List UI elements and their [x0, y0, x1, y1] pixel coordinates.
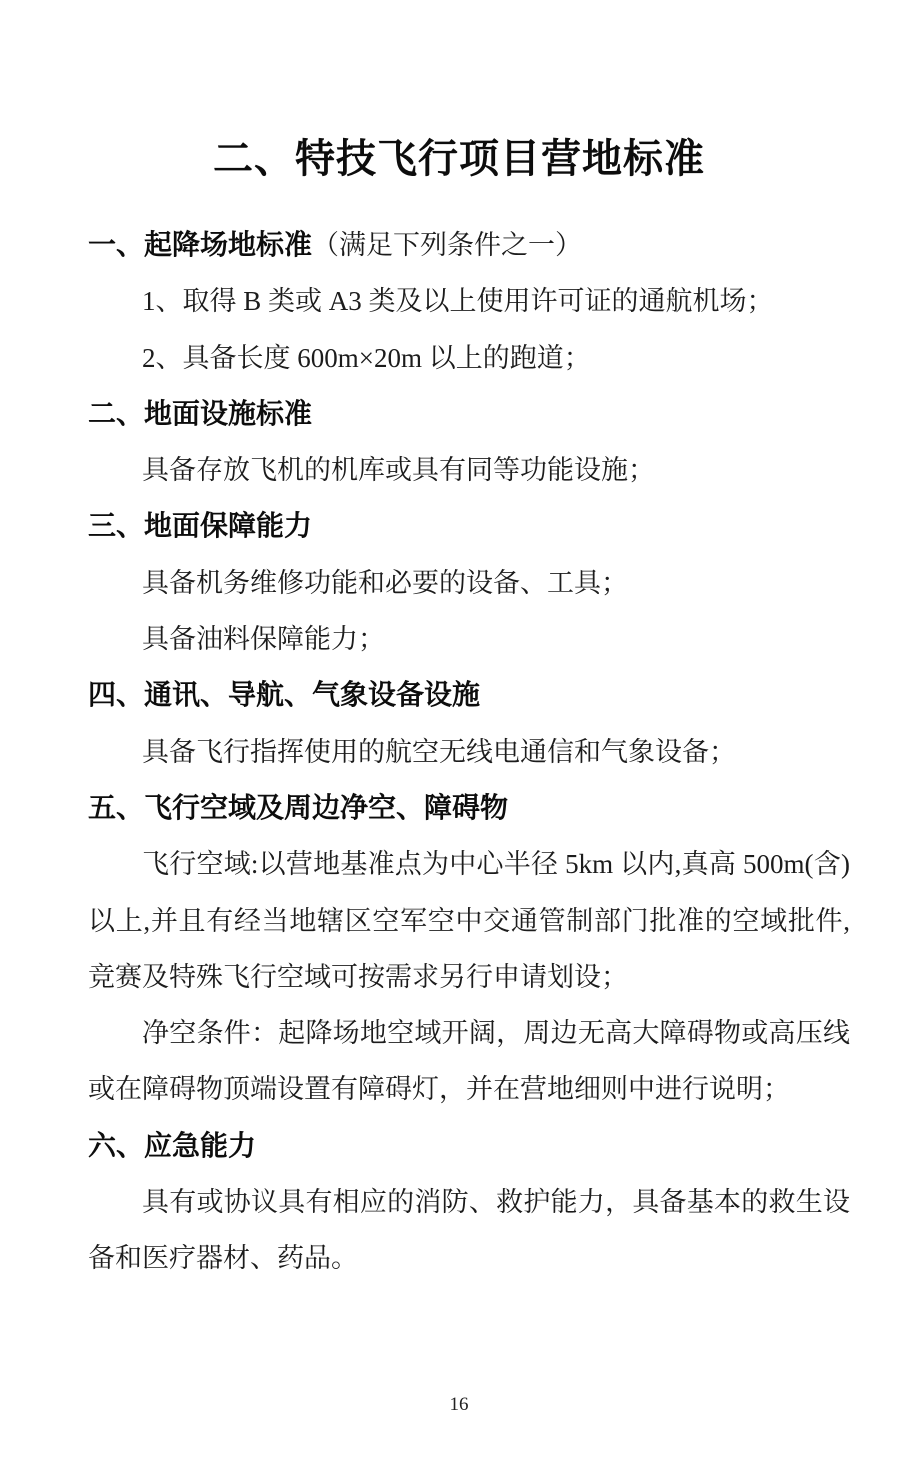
paragraph-line: 具备机务维修功能和必要的设备、工具；	[88, 555, 850, 611]
paragraph-line: 净空条件：起降场地空域开阔，周边无高大障碍物或高压线	[88, 1005, 850, 1061]
section-heading-5: 五、飞行空域及周边净空、障碍物	[88, 780, 850, 836]
section-heading-3: 三、地面保障能力	[88, 498, 850, 554]
page-number: 16	[0, 1393, 918, 1417]
paragraph-line: 具有或协议具有相应的消防、救护能力，具备基本的救生设	[88, 1174, 850, 1230]
paragraph-line: 备和医疗器材、药品。	[88, 1230, 850, 1286]
section-heading-text: 一、起降场地标准	[88, 229, 312, 260]
document-page: 二、特技飞行项目营地标准 一、起降场地标准（满足下列条件之一） 1、取得 B 类…	[0, 0, 918, 1458]
document-title: 二、特技飞行项目营地标准	[0, 130, 918, 188]
paragraph-line: 具备存放飞机的机库或具有同等功能设施；	[88, 442, 850, 498]
paragraph-line: 具备飞行指挥使用的航空无线电通信和气象设备；	[88, 724, 850, 780]
section-heading-4: 四、通讯、导航、气象设备设施	[88, 667, 850, 723]
paragraph-line: 具备油料保障能力；	[88, 611, 850, 667]
section-heading-note: （满足下列条件之一）	[312, 230, 582, 260]
paragraph-line: 或在障碍物顶端设置有障碍灯，并在营地细则中进行说明；	[88, 1061, 850, 1117]
section-heading-2: 二、地面设施标准	[88, 386, 850, 442]
document-body: 一、起降场地标准（满足下列条件之一） 1、取得 B 类或 A3 类及以上使用许可…	[88, 217, 850, 1287]
paragraph-line: 以上,并且有经当地辖区空军空中交通管制部门批准的空域批件,	[88, 893, 850, 949]
section-heading-6: 六、应急能力	[88, 1118, 850, 1174]
paragraph-line: 1、取得 B 类或 A3 类及以上使用许可证的通航机场；	[88, 273, 850, 329]
paragraph-line: 2、具备长度 600m×20m 以上的跑道；	[88, 330, 850, 386]
paragraph-line: 竞赛及特殊飞行空域可按需求另行申请划设；	[88, 949, 850, 1005]
paragraph-line: 飞行空域:以营地基准点为中心半径 5km 以内,真高 500m(含)	[88, 836, 850, 892]
section-heading-1: 一、起降场地标准（满足下列条件之一）	[88, 217, 850, 273]
